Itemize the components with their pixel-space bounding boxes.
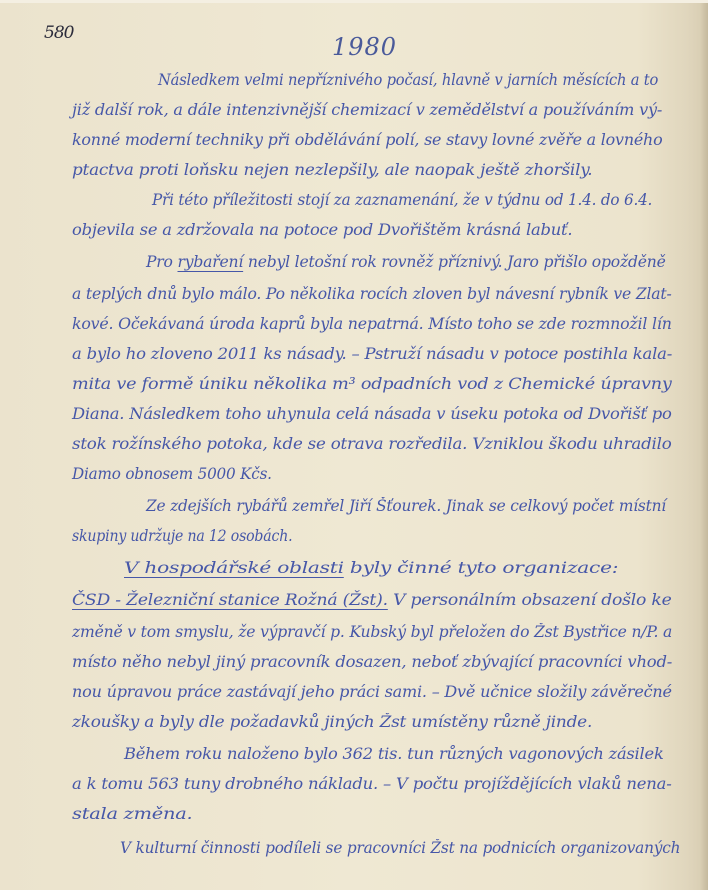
line-text: Během roku naloženo bylo 362 tis. tun rů… (124, 745, 664, 763)
line-text: stala změna. (72, 805, 192, 823)
text-line: kové. Očekávaná úroda kaprů byla nepatrn… (72, 315, 672, 333)
text-line: stok rožínského potoka, kde se otrava ro… (72, 435, 672, 453)
line-text: Diana. Následkem toho uhynula celá násad… (72, 405, 672, 423)
text-line: stala změna. (72, 805, 192, 823)
line-text: již další rok, a dále intenzivnější chem… (72, 101, 662, 119)
line-text: Následkem velmi nepříznivého počasí, hla… (158, 71, 658, 89)
text-line: ptactva proti loňsku nejen nezlepšily, a… (72, 161, 592, 179)
line-text: Při této příležitosti stojí za zaznamená… (152, 191, 652, 209)
text-line: Následkem velmi nepříznivého počasí, hla… (158, 71, 658, 89)
text-line: a k tomu 563 tuny drobného nákladu. – V … (72, 775, 672, 793)
line-text: V personálním obsazení došlo ke (388, 591, 672, 609)
line-text: zkoušky a byly dle požadavků jiných Žst … (72, 713, 592, 731)
text-line: V hospodářské oblasti byly činné tyto or… (124, 559, 618, 577)
line-text: ptactva proti loňsku nejen nezlepšily, a… (72, 161, 592, 179)
text-line: Ze zdejších rybářů zemřel Jiří Šťourek. … (146, 497, 666, 515)
line-text: konné moderní techniky při obdělávání po… (72, 131, 662, 149)
line-text: a teplých dnů bylo málo. Po několika roc… (72, 285, 672, 303)
line-text: nebyl letošní rok rovněž příznivý. Jaro … (243, 253, 666, 271)
text-line: a teplých dnů bylo málo. Po několika roc… (72, 285, 672, 303)
section-title-rybareni: rybaření (177, 253, 243, 271)
line-text: objevila se a zdržovala na potoce pod Dv… (72, 221, 572, 239)
line-text: Pro (146, 253, 177, 271)
line-text: změně v tom smyslu, že výpravčí p. Kubsk… (72, 623, 672, 641)
text-line: Pro rybaření nebyl letošní rok rovněž př… (146, 253, 666, 271)
text-line: Během roku naloženo bylo 362 tis. tun rů… (124, 745, 664, 763)
text-line: objevila se a zdržovala na potoce pod Dv… (72, 221, 572, 239)
line-text: mita ve formě úniku několika m³ odpadníc… (72, 375, 672, 393)
line-text: a bylo ho zloveno 2011 ks násady. – Pstr… (72, 345, 672, 363)
text-line: V kulturní činnosti podíleli se pracovní… (120, 839, 680, 857)
line-text: Ze zdejších rybářů zemřel Jiří Šťourek. … (146, 497, 666, 515)
line-text: skupiny udržuje na 12 osobách. (72, 527, 292, 545)
text-line: konné moderní techniky při obdělávání po… (72, 131, 662, 149)
chronicle-page: 580 1980 Následkem velmi nepříznivého po… (0, 0, 708, 890)
line-text: V kulturní činnosti podíleli se pracovní… (120, 839, 680, 857)
text-line: Diana. Následkem toho uhynula celá násad… (72, 405, 672, 423)
text-line: ČSD - Železniční stanice Rožná (Žst). V … (72, 591, 672, 609)
line-text: nou úpravou práce zastávají jeho práci s… (72, 683, 672, 701)
text-line: místo něho nebyl jiný pracovník dosazen,… (72, 653, 672, 671)
handwritten-text: Následkem velmi nepříznivého počasí, hla… (0, 3, 708, 890)
section-title-hospodarska-oblast: V hospodářské oblasti (124, 559, 344, 577)
line-text: kové. Očekávaná úroda kaprů byla nepatrn… (72, 315, 672, 333)
line-text: byly činné tyto organizace: (344, 559, 619, 577)
text-line: změně v tom smyslu, že výpravčí p. Kubsk… (72, 623, 672, 641)
text-line: a bylo ho zloveno 2011 ks násady. – Pstr… (72, 345, 672, 363)
section-title-csd: ČSD - Železniční stanice Rožná (Žst). (72, 591, 388, 609)
line-text: Diamo obnosem 5000 Kčs. (72, 465, 272, 483)
text-line: mita ve formě úniku několika m³ odpadníc… (72, 375, 672, 393)
line-text: a k tomu 563 tuny drobného nákladu. – V … (72, 775, 672, 793)
text-line: již další rok, a dále intenzivnější chem… (72, 101, 662, 119)
text-line: skupiny udržuje na 12 osobách. (72, 527, 292, 545)
text-line: Při této příležitosti stojí za zaznamená… (152, 191, 652, 209)
line-text: stok rožínského potoka, kde se otrava ro… (72, 435, 672, 453)
line-text: místo něho nebyl jiný pracovník dosazen,… (72, 653, 672, 671)
text-line: nou úpravou práce zastávají jeho práci s… (72, 683, 672, 701)
text-line: zkoušky a byly dle požadavků jiných Žst … (72, 713, 592, 731)
text-line: Diamo obnosem 5000 Kčs. (72, 465, 272, 483)
